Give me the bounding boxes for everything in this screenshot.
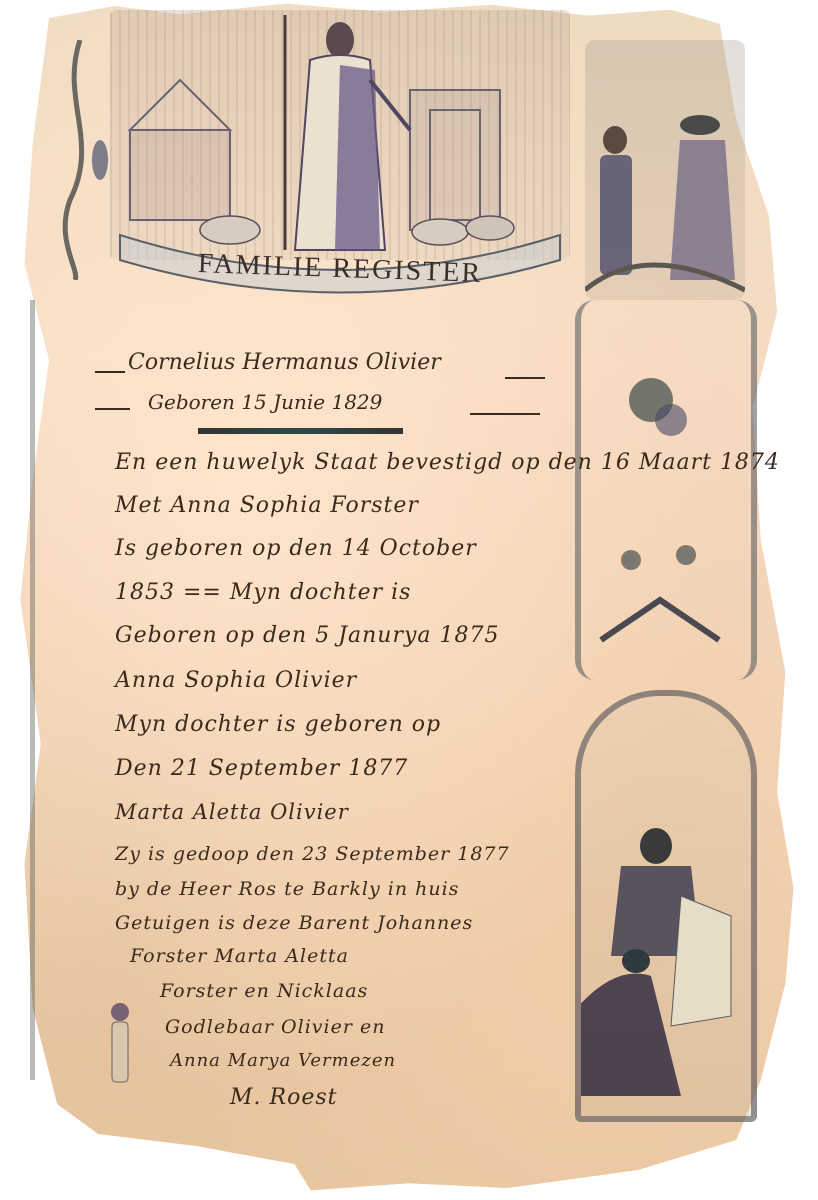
top-illustration-shepherd — [110, 10, 570, 260]
right-vine-column — [575, 300, 757, 680]
minister-and-kneeling-figure-icon — [581, 696, 739, 1104]
entry-line-12: Getuigen is deze Barent Johannes — [115, 912, 473, 934]
birth-rule-right — [470, 413, 540, 415]
entry-line-3: Is geboren op den 14 October — [115, 536, 477, 561]
entry-line-14: Forster en Nicklaas — [160, 980, 368, 1002]
top-right-illustration — [585, 40, 745, 300]
name-rule-right — [505, 377, 545, 379]
entry-line-7: Myn dochter is geboren op — [115, 712, 441, 737]
entry-line-4: 1853 == Myn dochter is — [115, 580, 411, 605]
entry-line-10: Zy is gedoop den 23 September 1877 — [115, 843, 510, 865]
entry-line-5: Geboren op den 5 Janurya 1875 — [115, 623, 500, 648]
top-left-ornament — [40, 40, 120, 280]
name-rule-left — [95, 371, 125, 373]
entry-line-6: Anna Sophia Olivier — [115, 668, 357, 693]
entry-line-9: Marta Aletta Olivier — [115, 800, 349, 824]
entry-line-16: Anna Marya Vermezen — [170, 1050, 396, 1071]
shepherd-scene-icon — [110, 10, 570, 260]
bottom-left-child-figure — [100, 1000, 140, 1090]
header-divider — [198, 428, 403, 434]
title-banner: FAMILIE REGISTER — [115, 225, 565, 300]
grapevine-icon — [581, 300, 739, 680]
child-figure-icon — [100, 1000, 140, 1090]
entry-line-13: Forster Marta Aletta — [130, 945, 349, 967]
vine-ornament-icon — [40, 40, 120, 280]
bottom-right-illustration — [575, 690, 757, 1122]
left-vine-border — [30, 300, 75, 1080]
entry-line-15: Godlebaar Olivier en — [165, 1016, 385, 1038]
entry-line-8: Den 21 September 1877 — [115, 756, 408, 781]
signature: M. Roest — [230, 1085, 337, 1110]
two-figures-icon — [585, 40, 745, 300]
entry-line-11: by de Heer Ros te Barkly in huis — [115, 878, 459, 900]
head-of-family-name: Cornelius Hermanus Olivier — [128, 350, 441, 375]
birth-rule-left — [95, 408, 130, 410]
head-of-family-birth: Geboren 15 Junie 1829 — [148, 390, 382, 414]
entry-line-2: Met Anna Sophia Forster — [115, 493, 419, 518]
entry-line-1: En een huwelyk Staat bevestigd op den 16… — [115, 450, 780, 475]
